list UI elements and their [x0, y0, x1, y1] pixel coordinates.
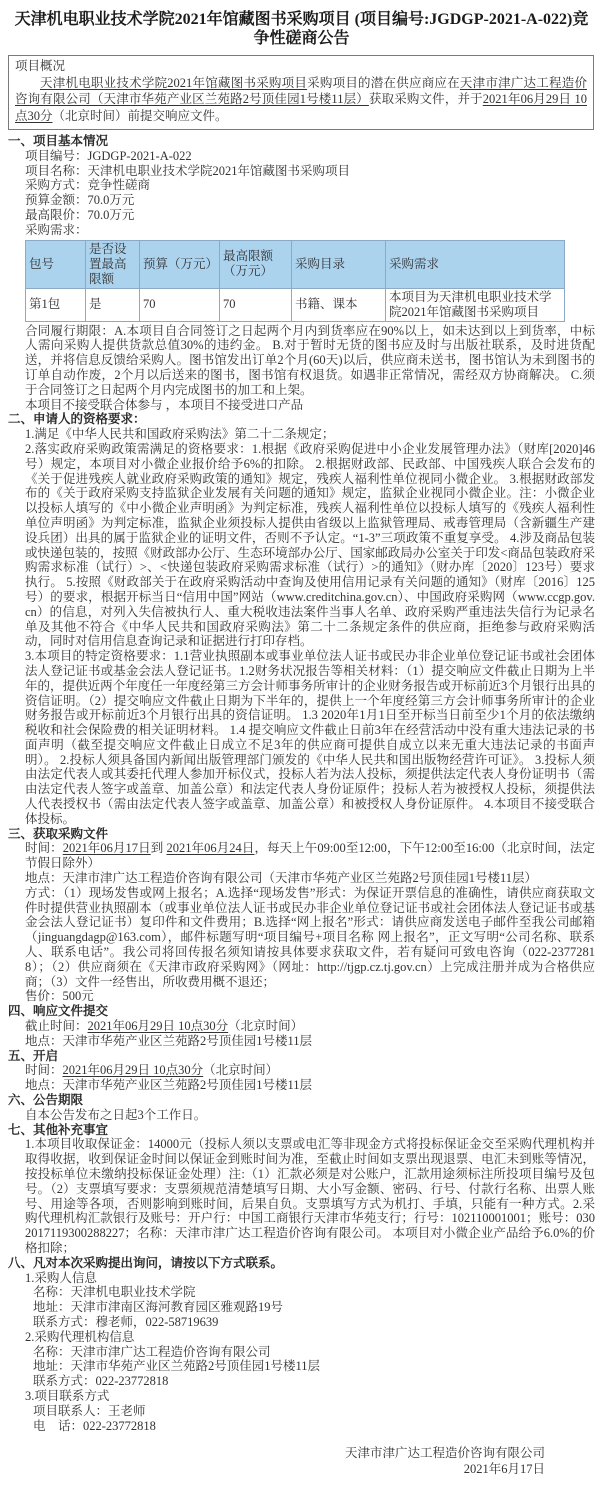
table-cell: 第1包 — [26, 288, 86, 321]
purchaser-name-line: 名称：天津机电职业技术学院 — [33, 1285, 595, 1300]
underlined-text: 2021年06月24日 — [166, 841, 254, 855]
text-span: 项目联系人：王老师 — [33, 1404, 146, 1418]
project-contact-label: 3.项目联系方式 — [25, 1389, 595, 1404]
document-root: 天津机电职业技术学院2021年馆藏图书采购项目 (项目编号:JGDGP-2021… — [0, 0, 600, 1491]
text-span: 地点：天津市华苑产业区兰苑路2号顶佳园1号楼11层 — [25, 1078, 312, 1092]
document-body: 一、项目基本情况项目编号：JGDGP-2021-A-022项目名称：天津机电职业… — [8, 134, 595, 1433]
no-consortium-line: 本项目不接受联合体参与 ，本项目不接受进口产品 — [25, 398, 595, 413]
project-contact-phone-line: 电 话：022-23772818 — [33, 1419, 595, 1434]
text-span: 项目名称：天津机电职业技术学院2021年馆藏图书采购项目 — [25, 164, 350, 178]
text-span: 联系方式：穆老师，022-58719639 — [33, 1315, 218, 1329]
table-header-cell: 采购需求 — [386, 240, 565, 288]
purchaser-info-label: 1.采购人信息 — [25, 1271, 595, 1286]
text-span: 1.本项目收取保证金：14000元（投标人须以支票或电汇等非现金方式将投标保证金… — [25, 1137, 595, 1255]
supplement-paragraph: 1.本项目收取保证金：14000元（投标人须以支票或电汇等非现金方式将投标保证金… — [25, 1137, 595, 1255]
project-name-line: 项目名称：天津机电职业技术学院2021年馆藏图书采购项目 — [25, 164, 595, 179]
agency-info-label: 2.采购代理机构信息 — [25, 1330, 595, 1345]
notice-period-line: 自本公告发布之日起3个工作日。 — [25, 1108, 595, 1123]
agency-contact-line: 联系方式：022-23772818 — [33, 1374, 595, 1389]
text-span: 最高限价：70.0万元 — [25, 208, 134, 222]
document-time-line: 时间：2021年06月17日到 2021年06月24日，每天上午09:00至12… — [25, 841, 595, 871]
deadline-line: 截止时间：2021年06月29日 10点30分（北京时间） — [25, 1019, 595, 1034]
text-span: 3.本项目的特定资格要求：1.1营业执照副本或事业单位法人证书或民办非企业单位登… — [25, 649, 595, 826]
text-span: 四、响应文件提交 — [8, 1004, 108, 1018]
contract-term-paragraph: 合同履行期限：A.本项目自合同签订之日起两个月内到货率应在90%以上，如未达到以… — [25, 324, 595, 398]
table-cell: 是 — [86, 288, 140, 321]
section-1-heading: 一、项目基本情况 — [8, 134, 595, 149]
table-header-cell: 包号 — [26, 240, 86, 288]
text-span: 一、项目基本情况 — [8, 134, 108, 148]
text-span: （北京时间） — [203, 1063, 278, 1077]
table-header-cell: 采购目录 — [292, 240, 386, 288]
underlined-text: 2021年06月17日 — [63, 841, 151, 855]
text-span: 1.满足《中华人民共和国政府采购法》第二十二条规定； — [25, 427, 334, 441]
text-span: 名称：天津机电职业技术学院 — [33, 1285, 196, 1299]
section-2-heading: 二、申请人的资格要求： — [8, 412, 595, 427]
text-span: 电 话：022-23772818 — [33, 1419, 156, 1433]
table-cell: 书籍、课本 — [292, 288, 386, 321]
text-span: 名称：天津市津广达工程造价咨询有限公司 — [33, 1345, 271, 1359]
text-span: 地点：天津市华苑产业区兰苑路2号顶佳园1号楼11层 — [25, 1034, 312, 1048]
overview-label: 项目概况 — [15, 58, 587, 75]
text-span: 三、获取采购文件 — [8, 827, 108, 841]
text-span: （北京时间）前提交响应文件。 — [53, 109, 228, 123]
table-header-cell: 预算（万元） — [140, 240, 220, 288]
qualification-3-paragraph: 3.本项目的特定资格要求：1.1营业执照副本或事业单位法人证书或民办非企业单位登… — [25, 649, 595, 827]
underlined-text: 2021年06月29日 10点30分 — [63, 1063, 204, 1077]
procurement-table: 包号是否设置最高限额预算（万元）最高限额（万元）采购目录采购需求第1包是7070… — [25, 240, 565, 322]
signature-date: 2021年6月17日 — [8, 1461, 545, 1477]
open-place-line: 地点：天津市华苑产业区兰苑路2号顶佳园1号楼11层 — [25, 1078, 595, 1093]
agency-address-line: 地址：天津市华苑产业区兰苑路2号顶佳园1号楼11层 — [33, 1359, 595, 1374]
text-span: 1.采购人信息 — [25, 1271, 97, 1285]
text-span: 地点：天津市津广达工程造价咨询有限公司（天津市华苑产业区兰苑路2号顶佳园1号楼1… — [25, 871, 537, 885]
signature-company: 天津市津广达工程造价咨询有限公司 — [8, 1445, 545, 1461]
text-span: 七、其他补充事宜 — [8, 1123, 108, 1137]
text-span: 采购方式：竞争性磋商 — [25, 178, 150, 192]
table-header-cell: 最高限额（万元） — [220, 240, 292, 288]
max-price-line: 最高限价：70.0万元 — [25, 208, 595, 223]
text-span: 联系方式：022-23772818 — [33, 1374, 168, 1388]
text-span: 项目编号：JGDGP-2021-A-022 — [25, 149, 192, 163]
table-header-row: 包号是否设置最高限额预算（万元）最高限额（万元）采购目录采购需求 — [26, 240, 565, 288]
project-contact-name-line: 项目联系人：王老师 — [33, 1404, 595, 1419]
text-span: 时间： — [25, 841, 63, 855]
table-cell: 本项目为天津机电职业技术学院2021年馆藏图书采购项目 — [386, 288, 565, 321]
text-span: 合同履行期限：A.本项目自合同签订之日起两个月内到货率应在90%以上，如未达到以… — [25, 324, 595, 397]
requirement-label-line: 采购需求： — [25, 223, 595, 238]
budget-line: 预算金额：70.0万元 — [25, 193, 595, 208]
purchaser-contact-line: 联系方式：穆老师，022-58719639 — [33, 1315, 595, 1330]
table-cell: 70 — [220, 288, 292, 321]
price-line: 售价：500元 — [25, 989, 595, 1004]
agency-name-line: 名称：天津市津广达工程造价咨询有限公司 — [33, 1345, 595, 1360]
table-cell: 70 — [140, 288, 220, 321]
text-span: 2.落实政府采购政策需满足的资格要求：1.根据《政府采购促进中小企业发展管理办法… — [25, 442, 595, 648]
project-number-line: 项目编号：JGDGP-2021-A-022 — [25, 149, 595, 164]
text-span: 自本公告发布之日起3个工作日。 — [25, 1108, 206, 1122]
text-span: 地址：天津市津南区海河教育园区雅观路19号 — [33, 1300, 283, 1314]
text-span: 八、凡对本次采购提出询问，请按以下方式联系。 — [8, 1256, 283, 1270]
text-span: 方式：（1）现场发售或网上报名；A.选择“现场发售”形式：为保证开票信息的准确性… — [25, 886, 595, 989]
text-span: （北京时间） — [228, 1019, 303, 1033]
text-span: 预算金额：70.0万元 — [25, 193, 134, 207]
text-span: 3.项目联系方式 — [25, 1389, 109, 1403]
section-5-heading: 五、开启 — [8, 1049, 595, 1064]
signature-block: 天津市津广达工程造价咨询有限公司 2021年6月17日 — [8, 1445, 595, 1477]
text-span: 二、申请人的资格要求： — [8, 412, 146, 426]
text-span: 时间： — [25, 1063, 63, 1077]
table-row: 第1包是7070书籍、课本本项目为天津机电职业技术学院2021年馆藏图书采购项目 — [26, 288, 565, 321]
page-title: 天津机电职业技术学院2021年馆藏图书采购项目 (项目编号:JGDGP-2021… — [10, 10, 593, 48]
text-span: 采购需求： — [25, 223, 88, 237]
text-span: 本项目不接受联合体参与 ，本项目不接受进口产品 — [25, 398, 303, 412]
project-overview-box: 项目概况 天津机电职业技术学院2021年馆藏图书采购项目采购项目的潜在供应商应在… — [8, 55, 594, 130]
underlined-text: 2021年06月29日 10点30分 — [88, 1019, 229, 1033]
text-span: 五、开启 — [8, 1049, 58, 1063]
open-time-line: 时间：2021年06月29日 10点30分（北京时间） — [25, 1063, 595, 1078]
text-span: 地址：天津市华苑产业区兰苑路2号顶佳园1号楼11层 — [33, 1359, 320, 1373]
overview-paragraph: 天津机电职业技术学院2021年馆藏图书采购项目采购项目的潜在供应商应在天津市津广… — [15, 75, 587, 125]
qualification-1-paragraph: 1.满足《中华人民共和国政府采购法》第二十二条规定； — [25, 427, 595, 442]
underlined-text: 天津机电职业技术学院2021年馆藏图书采购项目 — [40, 76, 307, 90]
section-3-heading: 三、获取采购文件 — [8, 827, 595, 842]
section-6-heading: 六、公告期限 — [8, 1093, 595, 1108]
purchaser-address-line: 地址：天津市津南区海河教育园区雅观路19号 — [33, 1300, 595, 1315]
section-4-heading: 四、响应文件提交 — [8, 1004, 595, 1019]
section-7-heading: 七、其他补充事宜 — [8, 1123, 595, 1138]
submit-place-line: 地点：天津市华苑产业区兰苑路2号顶佳园1号楼11层 — [25, 1034, 595, 1049]
text-span: 截止时间： — [25, 1019, 88, 1033]
text-span: 售价：500元 — [25, 989, 94, 1003]
text-span: 到 — [151, 841, 167, 855]
qualification-2-paragraph: 2.落实政府采购政策需满足的资格要求：1.根据《政府采购促进中小企业发展管理办法… — [25, 442, 595, 649]
section-8-heading: 八、凡对本次采购提出询问，请按以下方式联系。 — [8, 1256, 595, 1271]
text-span: 2.采购代理机构信息 — [25, 1330, 134, 1344]
table-header-cell: 是否设置最高限额 — [86, 240, 140, 288]
text-span: 获取采购文件，并于 — [369, 92, 483, 106]
document-method-paragraph: 方式：（1）现场发售或网上报名；A.选择“现场发售”形式：为保证开票信息的准确性… — [25, 886, 595, 990]
procurement-method-line: 采购方式：竞争性磋商 — [25, 178, 595, 193]
document-place-line: 地点：天津市津广达工程造价咨询有限公司（天津市华苑产业区兰苑路2号顶佳园1号楼1… — [25, 871, 595, 886]
text-span: 采购项目的潜在供应商应在 — [307, 76, 460, 90]
text-span: 六、公告期限 — [8, 1093, 83, 1107]
